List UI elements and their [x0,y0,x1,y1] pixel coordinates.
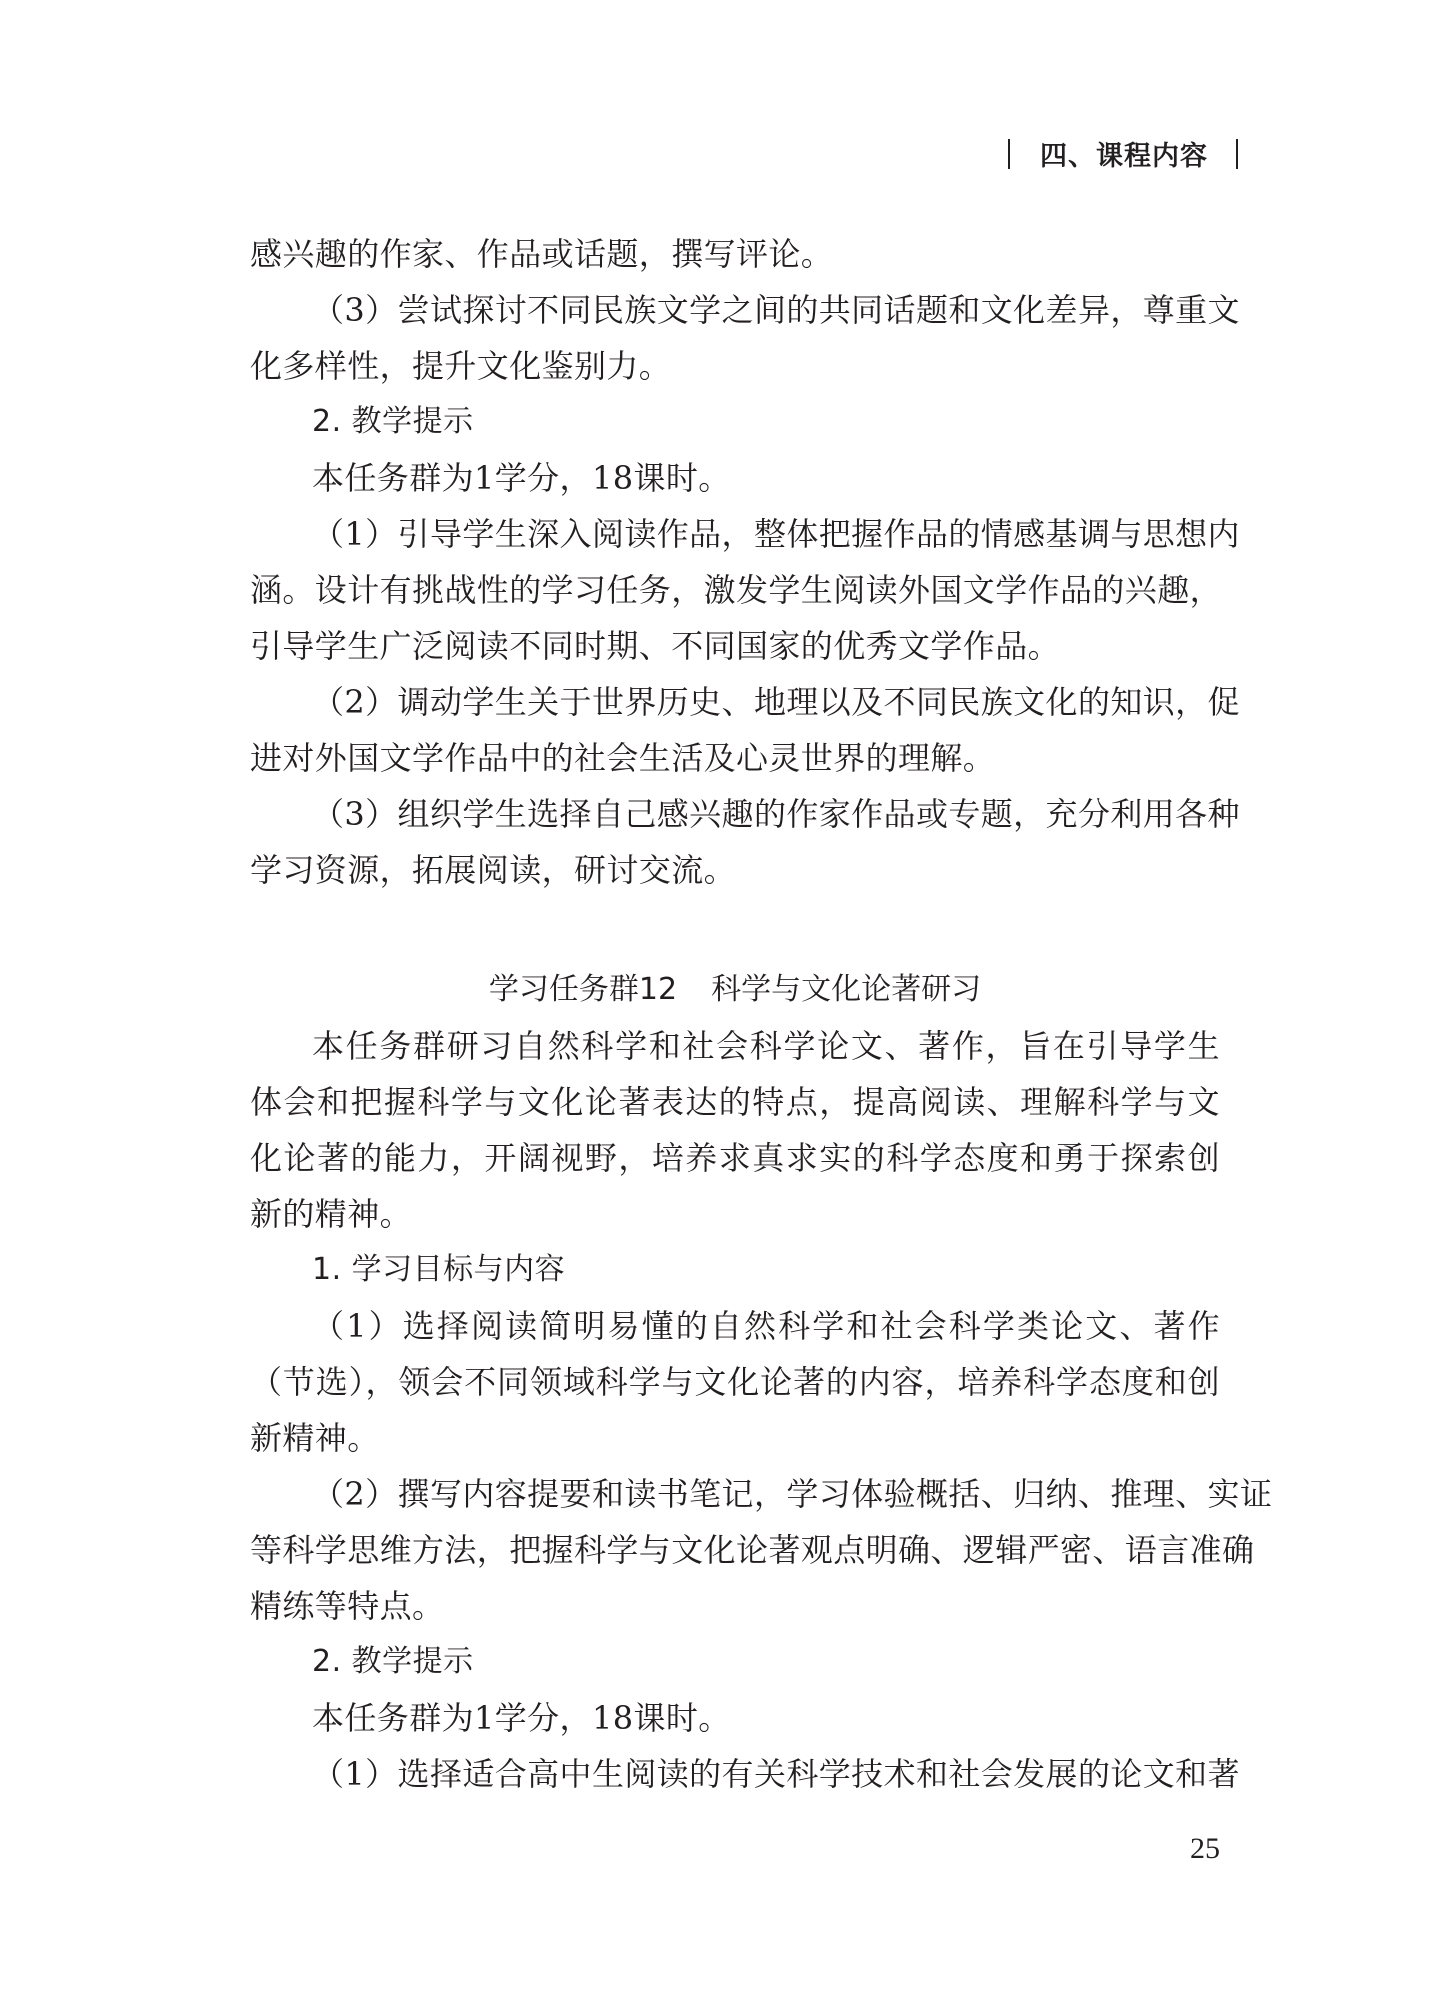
running-header: 四、课程内容 [1008,134,1238,173]
section-title-name: 科学与文化论著研习 [711,972,981,1007]
section-title-number: 学习任务群12 [489,972,677,1007]
header-divider-left [1008,139,1010,169]
paragraph-line: 精练等特点。 [250,1578,444,1634]
paragraph-line: 新的精神。 [250,1186,412,1242]
paragraph-line: 本任务群研习自然科学和社会科学论文、著作，旨在引导学生 [312,1018,1220,1074]
credits-text: 本任务群为1学分，18课时。 [312,450,731,506]
header-divider-right [1236,139,1238,169]
paragraph-line: 化多样性，提升文化鉴别力。 [250,338,671,394]
paragraph-line: （2）调动学生关于世界历史、地理以及不同民族文化的知识，促 [312,674,1220,730]
paragraph-line: （节选），领会不同领域科学与文化论著的内容，培养科学态度和创 [250,1354,1220,1410]
paragraph-line: （1）引导学生深入阅读作品，整体把握作品的情感基调与思想内 [312,506,1220,562]
paragraph-line: （3）组织学生选择自己感兴趣的作家作品或专题，充分利用各种 [312,786,1220,842]
section-title: 学习任务群12科学与文化论著研习 [250,962,1220,1018]
paragraph-line: 化论著的能力，开阔视野，培养求真求实的科学态度和勇于探索创 [250,1130,1220,1186]
subheading-teaching-tips: 2. 教学提示 [312,1634,474,1690]
page-number: 25 [1190,1832,1220,1866]
paragraph-line: （1）选择适合高中生阅读的有关科学技术和社会发展的论文和著 [312,1746,1220,1802]
paragraph-line: 体会和把握科学与文化论著表达的特点，提高阅读、理解科学与文 [250,1074,1220,1130]
running-header-title: 四、课程内容 [1040,134,1208,173]
paragraph-line: 涵。设计有挑战性的学习任务，激发学生阅读外国文学作品的兴趣， [250,562,1220,618]
credits-text: 本任务群为1学分，18课时。 [312,1690,731,1746]
paragraph-line: 进对外国文学作品中的社会生活及心灵世界的理解。 [250,730,995,786]
paragraph-line: 等科学思维方法，把握科学与文化论著观点明确、逻辑严密、语言准确 [250,1522,1220,1578]
paragraph-line: （3）尝试探讨不同民族文学之间的共同话题和文化差异，尊重文 [312,282,1220,338]
paragraph-line: （2）撰写内容提要和读书笔记，学习体验概括、归纳、推理、实证 [312,1466,1220,1522]
paragraph-line: 新精神。 [250,1410,380,1466]
paragraph-line: 感兴趣的作家、作品或话题，撰写评论。 [250,226,833,282]
paragraph-line: （1）选择阅读简明易懂的自然科学和社会科学类论文、著作 [312,1298,1220,1354]
paragraph-line: 学习资源，拓展阅读，研讨交流。 [250,842,736,898]
subheading-teaching-tips: 2. 教学提示 [312,394,474,450]
paragraph-line: 引导学生广泛阅读不同时期、不同国家的优秀文学作品。 [250,618,1060,674]
subheading-learning-goals: 1. 学习目标与内容 [312,1242,565,1298]
